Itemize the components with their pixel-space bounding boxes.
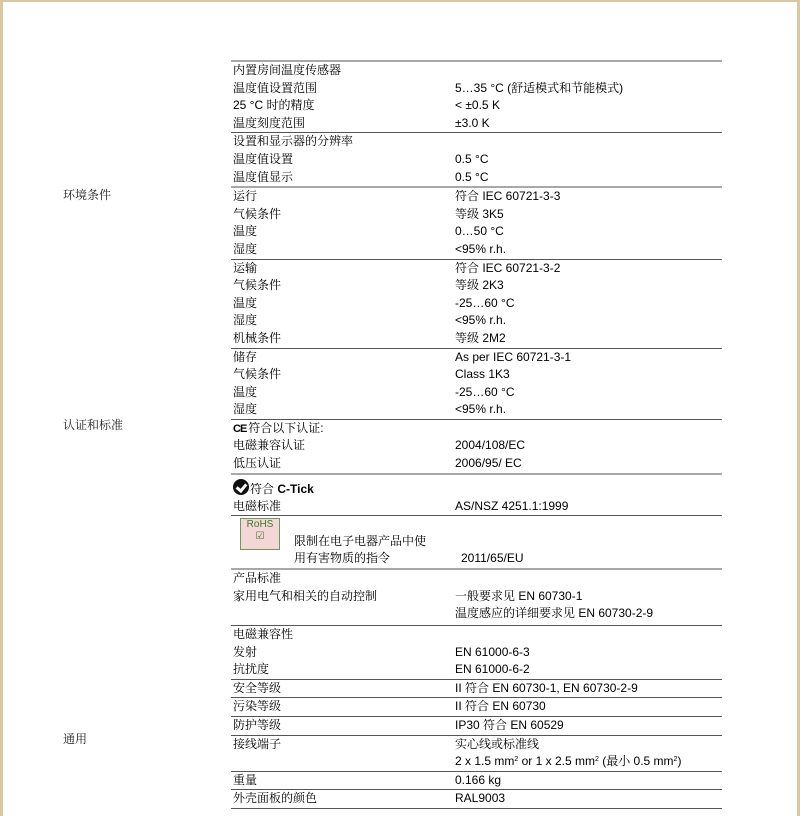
table-row: 温度0…50 °C xyxy=(231,223,722,241)
section-label-environment: 环境条件 xyxy=(63,186,111,203)
group-sensor: 内置房间温度传感器 温度值设置范围5…35 °C (舒适模式和节能模式) 25 … xyxy=(231,62,722,133)
section-label-certification: 认证和标准 xyxy=(63,416,123,433)
table-row: 温度-25…60 °C xyxy=(231,295,722,313)
group-ctick: 符合 C-Tick 电磁标准AS/NSZ 4251.1:1999 xyxy=(231,475,722,517)
table-row: 机械条件等级 2M2 xyxy=(231,330,722,348)
group-operation: 运行符合 IEC 60721-3-3 气候条件等级 3K5 温度0…50 °C … xyxy=(231,188,722,259)
table-row: 温度感应的详细要求见 EN 60730-2-9 xyxy=(231,605,722,623)
table-row: 符合 C-Tick xyxy=(231,479,722,498)
table-row: 温度值设置范围5…35 °C (舒适模式和节能模式) xyxy=(231,80,722,98)
table-row: 污染等级II 符合 EN 60730 xyxy=(231,698,722,717)
table-row: 防护等级IP30 符合 EN 60529 xyxy=(231,717,722,736)
group-ce: CE符合以下认证: 电磁兼容认证2004/108/EC 低压认证2006/95/… xyxy=(231,420,722,475)
table-row: 运输符合 IEC 60721-3-2 xyxy=(231,260,722,278)
table-row: 抗扰度EN 61000-6-2 xyxy=(231,661,722,679)
table-row: 湿度<95% r.h. xyxy=(231,312,722,330)
table-row: 发射EN 61000-6-3 xyxy=(231,644,722,662)
table-row: 温度值显示0.5 °C xyxy=(231,169,722,187)
document-page: 环境条件 认证和标准 通用 内置房间温度传感器 温度值设置范围5…35 °C (… xyxy=(3,2,797,816)
group-resolution: 设置和显示器的分辨率 温度值设置0.5 °C 温度值显示0.5 °C xyxy=(231,133,722,188)
table-row: 气候条件等级 3K5 xyxy=(231,206,722,224)
table-row: 重量0.166 kg xyxy=(231,772,722,791)
table-row: 湿度<95% r.h. xyxy=(231,241,722,259)
table-row: 温度刻度范围±3.0 K xyxy=(231,115,722,133)
table-row: 温度-25…60 °C xyxy=(231,384,722,402)
ce-mark-icon: CE xyxy=(233,423,246,435)
table-row: 家用电气和相关的自动控制一般要求见 EN 60730-1 xyxy=(231,588,722,606)
group-terminals: 接线端子实心线或标准线 2 x 1.5 mm2 or 1 x 2.5 mm2 (… xyxy=(231,736,722,772)
group-transport: 运输符合 IEC 60721-3-2 气候条件等级 2K3 温度-25…60 °… xyxy=(231,260,722,349)
table-row: 内置房间温度传感器 xyxy=(231,62,722,80)
group-rohs: RoHS ☑ 限制在电子电器产品中使 用有害物质的指令 2011/65/EU xyxy=(231,518,722,570)
table-row: 电磁兼容认证2004/108/EC xyxy=(231,437,722,455)
table-row: CE符合以下认证: xyxy=(231,420,722,438)
table-row: 温度值设置0.5 °C xyxy=(231,151,722,169)
rohs-badge-icon: RoHS ☑ xyxy=(240,518,280,550)
table-row: 储存As per IEC 60721-3-1 xyxy=(231,349,722,367)
table-row: 运行符合 IEC 60721-3-3 xyxy=(231,188,722,206)
table-row: 气候条件Class 1K3 xyxy=(231,366,722,384)
table-row: 外壳面板的颜色RAL9003 xyxy=(231,790,722,809)
group-product-standard: 产品标准 家用电气和相关的自动控制一般要求见 EN 60730-1 温度感应的详… xyxy=(231,570,722,626)
table-row: 25 °C 时的精度< ±0.5 K xyxy=(231,97,722,115)
table-row: 2 x 1.5 mm2 or 1 x 2.5 mm2 (最小 0.5 mm2) xyxy=(231,753,722,771)
table-row: 安全等级II 符合 EN 60730-1, EN 60730-2-9 xyxy=(231,680,722,699)
table-row: 湿度<95% r.h. xyxy=(231,401,722,419)
c-tick-icon xyxy=(233,479,249,495)
table-row: 气候条件等级 2K3 xyxy=(231,277,722,295)
table-row: 电磁兼容性 xyxy=(231,626,722,644)
table-row: 产品标准 xyxy=(231,570,722,588)
section-label-general: 通用 xyxy=(63,730,87,747)
group-emc: 电磁兼容性 发射EN 61000-6-3 抗扰度EN 61000-6-2 xyxy=(231,626,722,680)
table-row: 低压认证2006/95/ EC xyxy=(231,455,722,473)
group-storage: 储存As per IEC 60721-3-1 气候条件Class 1K3 温度-… xyxy=(231,349,722,420)
table-row: 设置和显示器的分辨率 xyxy=(231,133,722,151)
table-row: 电磁标准AS/NSZ 4251.1:1999 xyxy=(231,498,722,516)
spec-table: 内置房间温度传感器 温度值设置范围5…35 °C (舒适模式和节能模式) 25 … xyxy=(231,60,722,809)
table-row: 接线端子实心线或标准线 xyxy=(231,736,722,754)
